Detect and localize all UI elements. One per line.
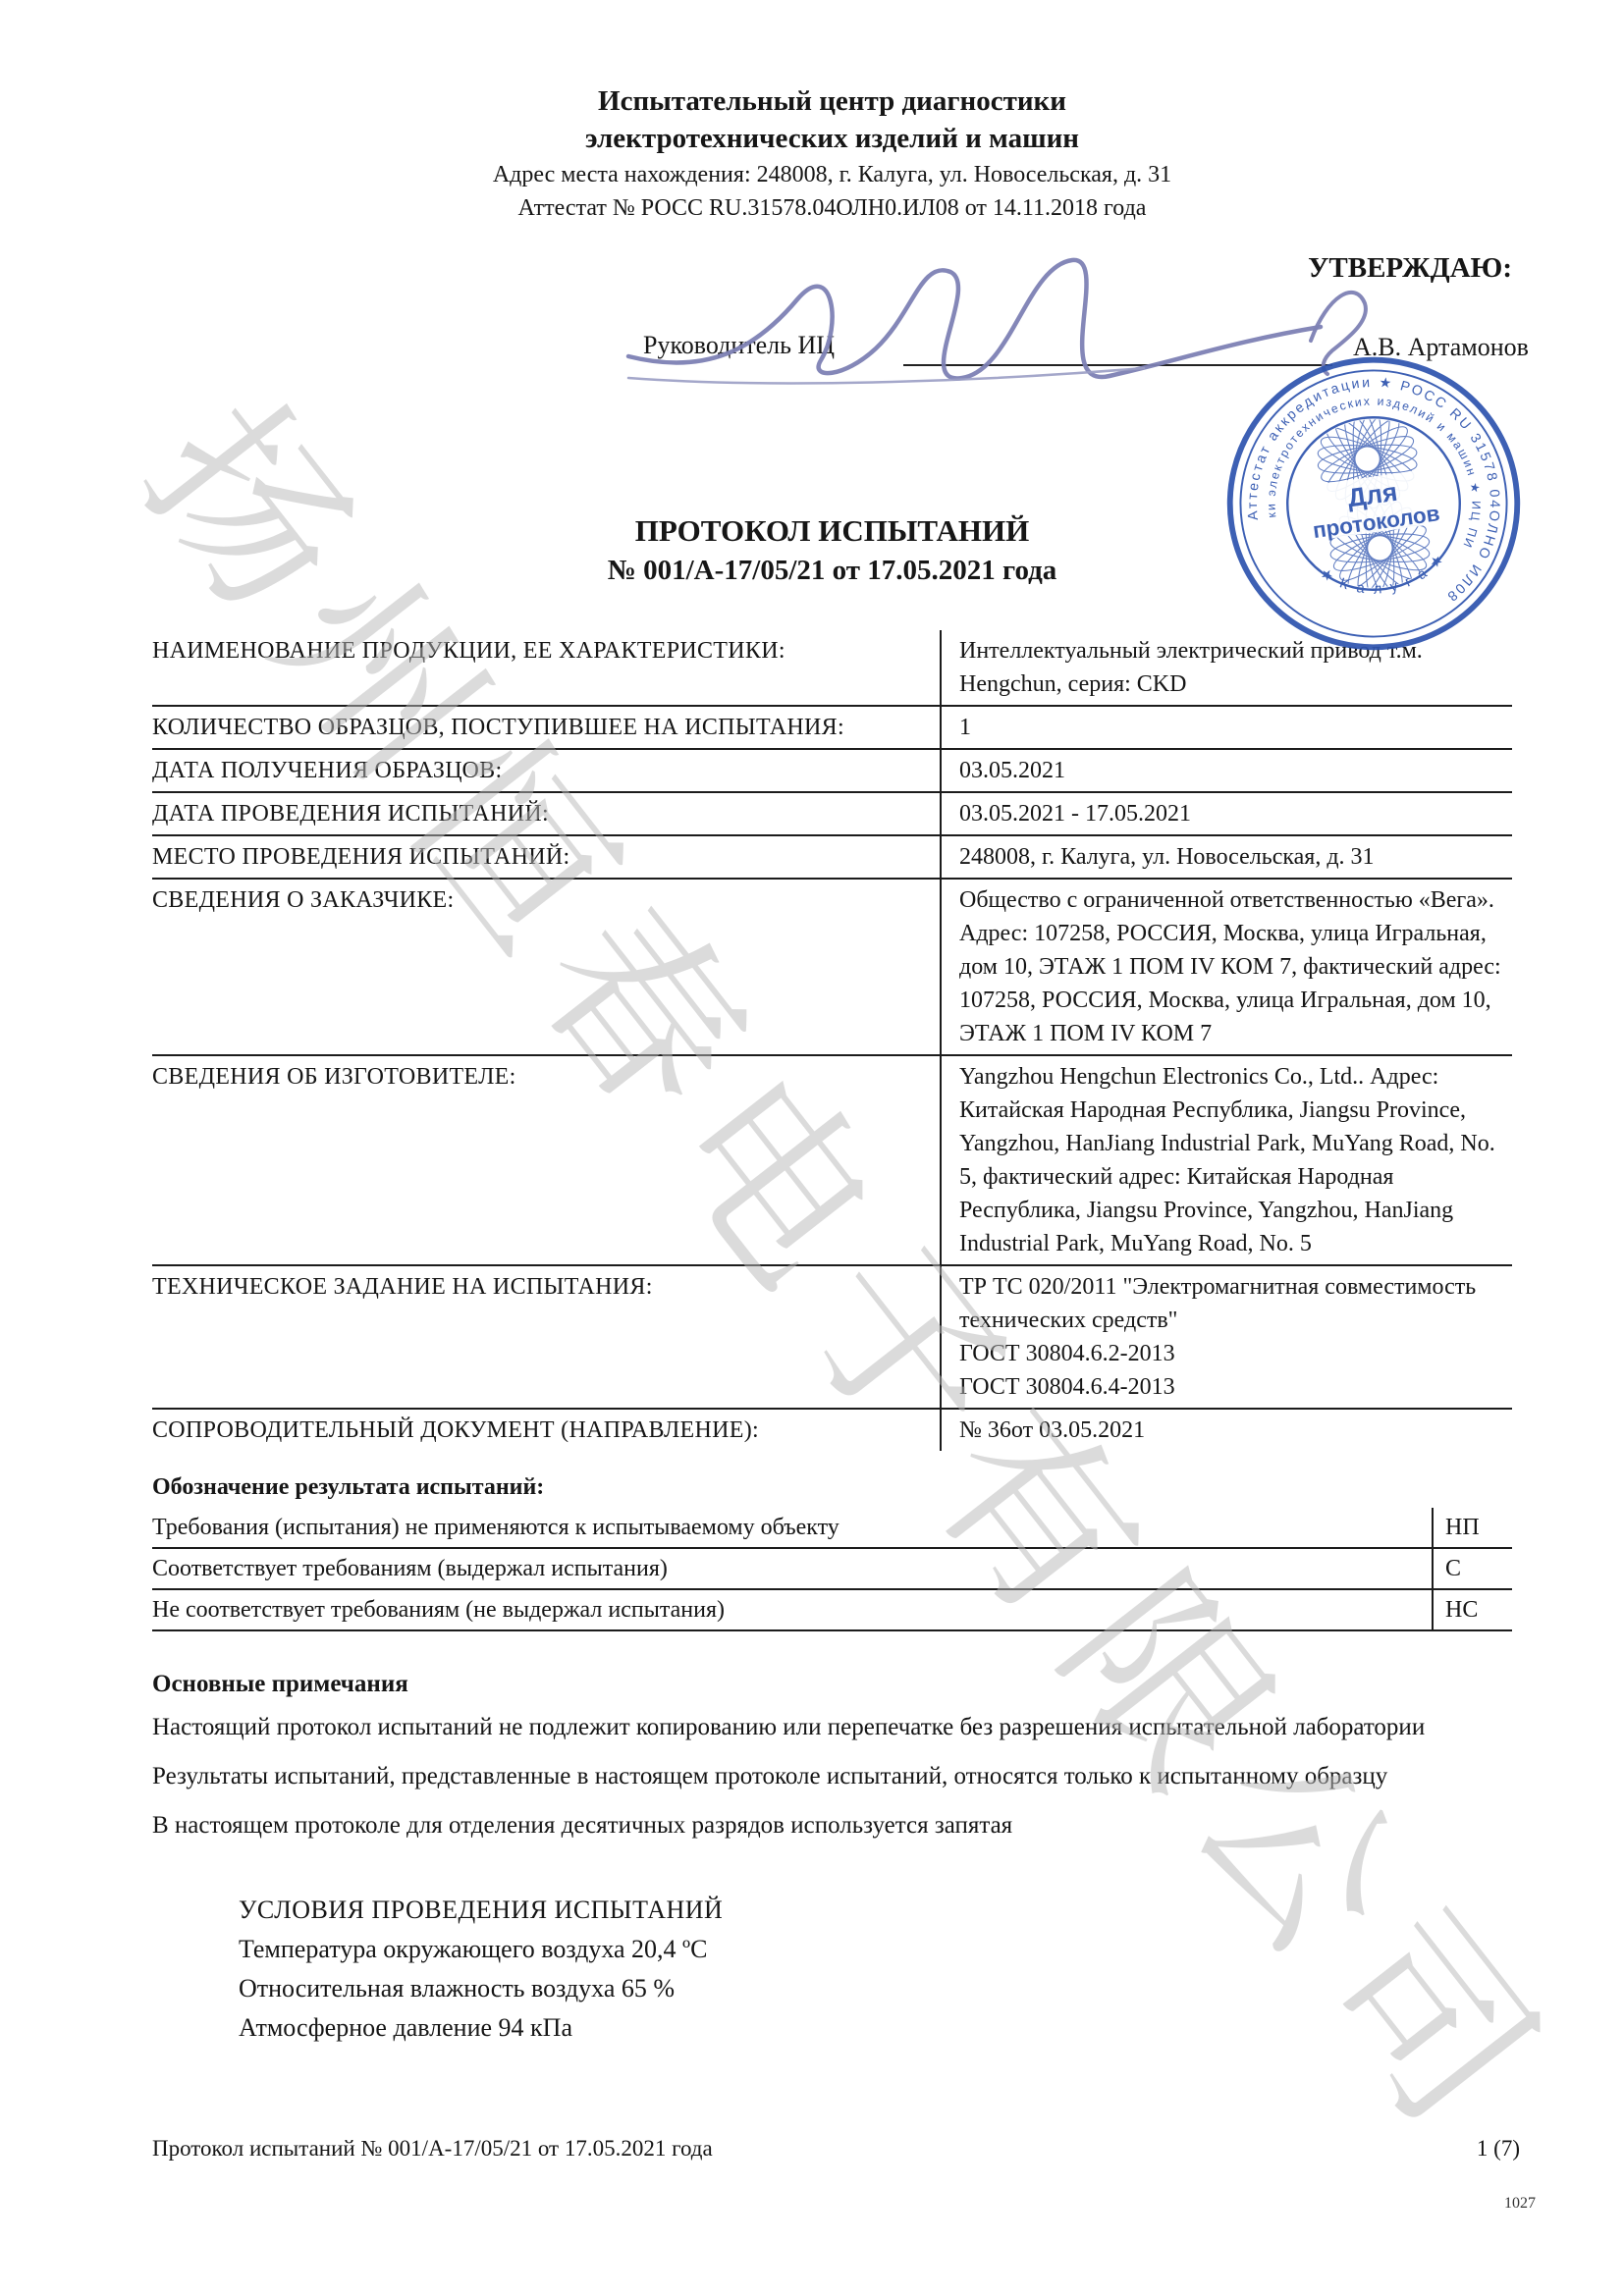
condition-item: Атмосферное давление 94 кПа xyxy=(239,2008,1512,2048)
results-legend-table: Требования (испытания) не применяются к … xyxy=(152,1508,1512,1631)
document-header: Испытательный центр диагностики электрот… xyxy=(152,0,1512,225)
info-row-label: ДАТА ПОЛУЧЕНИЯ ОБРАЗЦОВ: xyxy=(152,750,940,793)
info-row-value: 03.05.2021 xyxy=(940,750,1512,793)
stamp-city-text: ★ К а л у г а ★ xyxy=(1316,549,1453,607)
protocol-info-table: НАИМЕНОВАНИЕ ПРОДУКЦИИ, ЕЕ ХАРАКТЕРИСТИК… xyxy=(152,630,1512,1451)
info-row-label: СВЕДЕНИЯ О ЗАКАЗЧИКЕ: xyxy=(152,880,940,1056)
info-row-value: 03.05.2021 - 17.05.2021 xyxy=(940,793,1512,836)
org-address: Адрес места нахождения: 248008, г. Калуг… xyxy=(152,158,1512,191)
info-row-value: Yangzhou Hengchun Electronics Co., Ltd..… xyxy=(940,1056,1512,1266)
notes-heading: Основные примечания xyxy=(152,1671,1512,1698)
footer-doc-number: 1027 xyxy=(1504,2195,1536,2213)
legend-row: Соответствует требованиям (выдержал испы… xyxy=(152,1549,1512,1590)
legend-code: НП xyxy=(1432,1508,1512,1547)
info-row-value: Общество с ограниченной ответственностью… xyxy=(940,880,1512,1056)
condition-item: Температура окружающего воздуха 20,4 ºС xyxy=(239,1930,1512,1969)
info-row-label: КОЛИЧЕСТВО ОБРАЗЦОВ, ПОСТУПИВШЕЕ НА ИСПЫ… xyxy=(152,707,940,750)
info-row-label: МЕСТО ПРОВЕДЕНИЯ ИСПЫТАНИЙ: xyxy=(152,836,940,880)
info-row-label: СВЕДЕНИЯ ОБ ИЗГОТОВИТЕЛЕ: xyxy=(152,1056,940,1266)
org-name-line1: Испытательный центр диагностики xyxy=(152,82,1512,120)
legend-code: НС xyxy=(1432,1590,1512,1629)
legend-text: Требования (испытания) не применяются к … xyxy=(152,1508,1432,1547)
document-page: 扬州恒春电子有限公司 Испытательный центр диагности… xyxy=(0,0,1624,2296)
note-item: Настоящий протокол испытаний не подлежит… xyxy=(152,1708,1512,1747)
conditions-heading: УСЛОВИЯ ПРОВЕДЕНИЯ ИСПЫТАНИЙ xyxy=(239,1891,1512,1930)
note-item: В настоящем протоколе для отделения деся… xyxy=(152,1806,1512,1845)
info-row-label: ТЕХНИЧЕСКОЕ ЗАДАНИЕ НА ИСПЫТАНИЯ: xyxy=(152,1266,940,1410)
info-row-label: НАИМЕНОВАНИЕ ПРОДУКЦИИ, ЕЕ ХАРАКТЕРИСТИК… xyxy=(152,630,940,707)
legend-row: Не соответствует требованиям (не выдержа… xyxy=(152,1590,1512,1631)
footer-protocol-reference: Протокол испытаний № 001/А-17/05/21 от 1… xyxy=(152,2136,713,2162)
info-row-value: № 36от 03.05.2021 xyxy=(940,1410,1512,1451)
note-item: Результаты испытаний, представленные в н… xyxy=(152,1757,1512,1796)
info-row-value: 248008, г. Калуга, ул. Новосельская, д. … xyxy=(940,836,1512,880)
test-conditions: УСЛОВИЯ ПРОВЕДЕНИЯ ИСПЫТАНИЙ Температура… xyxy=(239,1891,1512,2048)
legend-code: С xyxy=(1432,1549,1512,1588)
info-row-label: СОПРОВОДИТЕЛЬНЫЙ ДОКУМЕНТ (НАПРАВЛЕНИЕ): xyxy=(152,1410,940,1451)
svg-text:★ К а л у г а ★: ★ К а л у г а ★ xyxy=(1316,549,1453,607)
info-row-label: ДАТА ПРОВЕДЕНИЯ ИСПЫТАНИЙ: xyxy=(152,793,940,836)
info-row-value: ТР ТС 020/2011 "Электромагнитная совмест… xyxy=(940,1266,1512,1410)
legend-text: Соответствует требованиям (выдержал испы… xyxy=(152,1549,1432,1588)
org-name-line2: электротехнических изделий и машин xyxy=(152,120,1512,157)
footer-page-number: 1 (7) xyxy=(1477,2136,1520,2162)
round-stamp: Аттестат аккредитации ★ РОСС RU 31578 04… xyxy=(1201,331,1546,676)
legend-text: Не соответствует требованиям (не выдержа… xyxy=(152,1590,1432,1629)
legend-row: Требования (испытания) не применяются к … xyxy=(152,1508,1512,1549)
org-attestation: Аттестат № РОСС RU.31578.04ОЛН0.ИЛ08 от … xyxy=(152,191,1512,225)
results-legend-heading: Обозначение результата испытаний: xyxy=(152,1470,1512,1504)
info-row-value: 1 xyxy=(940,707,1512,750)
condition-item: Относительная влажность воздуха 65 % xyxy=(239,1969,1512,2008)
